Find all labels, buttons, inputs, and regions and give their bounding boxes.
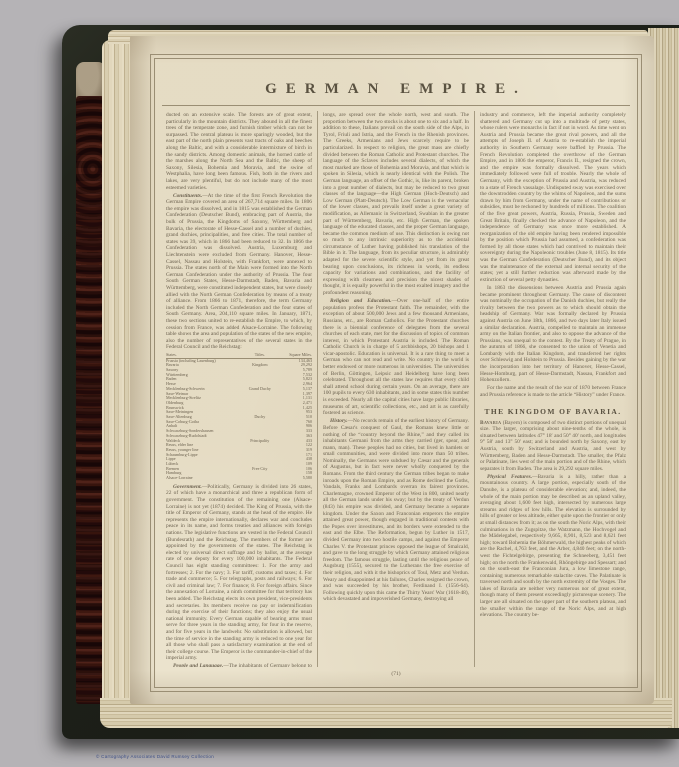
states-table-row: Alsace-Lorraine5,580 <box>166 476 312 481</box>
paragraph-physical-features: Physical Features.—Bavaria is a hilly, r… <box>480 474 626 619</box>
paragraph-constituents: Constituents.—At the time of the first F… <box>166 193 312 351</box>
atlas-page: GERMAN EMPIRE. ducted on an extensive sc… <box>130 36 654 704</box>
paragraph-austro-prussian-war: In 1863 the dissensions between Austria … <box>480 285 626 384</box>
paragraph-history-continued: industry and commerce, left the imperial… <box>480 112 626 283</box>
marbled-spine-edge <box>76 96 104 704</box>
paragraph-franco-prussian-note: For the name and the result of the war o… <box>480 385 626 398</box>
column-right: industry and commerce, left the imperial… <box>474 111 631 667</box>
paragraph-people-language: People and Language.—The inhabitants of … <box>166 663 312 667</box>
text-columns: ducted on an extensive scale. The forest… <box>159 109 633 667</box>
column-middle: longs, are spread over the whole north, … <box>317 111 474 667</box>
printed-border-inner: GERMAN EMPIRE. ducted on an extensive sc… <box>154 58 638 688</box>
section-heading-bavaria: THE KINGDOM OF BAVARIA. <box>480 407 626 416</box>
paragraph-bavaria-intro: Bavaria (Bayern) is composed of two dist… <box>480 420 626 473</box>
page-title: GERMAN EMPIRE. <box>159 81 633 98</box>
column-left: ducted on an extensive scale. The forest… <box>161 111 317 667</box>
paragraph-stocks-continued: longs, are spread over the whole north, … <box>323 112 469 297</box>
title-rule <box>162 105 630 106</box>
paragraph-government: Government.—Politically, Germany is divi… <box>166 484 312 662</box>
paragraph-religion-education: Religion and Education.—Over one-half of… <box>323 298 469 417</box>
paragraph-forests: ducted on an extensive scale. The forest… <box>166 112 312 191</box>
states-table-body: Prussia (including Lauenburg)134,463Bava… <box>166 358 312 481</box>
states-table: States. Titles. Square Miles. Prussia (i… <box>166 353 312 481</box>
collection-credit: © Cartography Associates David Rumsey Co… <box>96 754 214 759</box>
paragraph-history: History.—No records remain of the earlie… <box>323 418 469 603</box>
printed-border-outer: GERMAN EMPIRE. ducted on an extensive sc… <box>150 54 642 692</box>
page-number: (71) <box>159 671 633 677</box>
